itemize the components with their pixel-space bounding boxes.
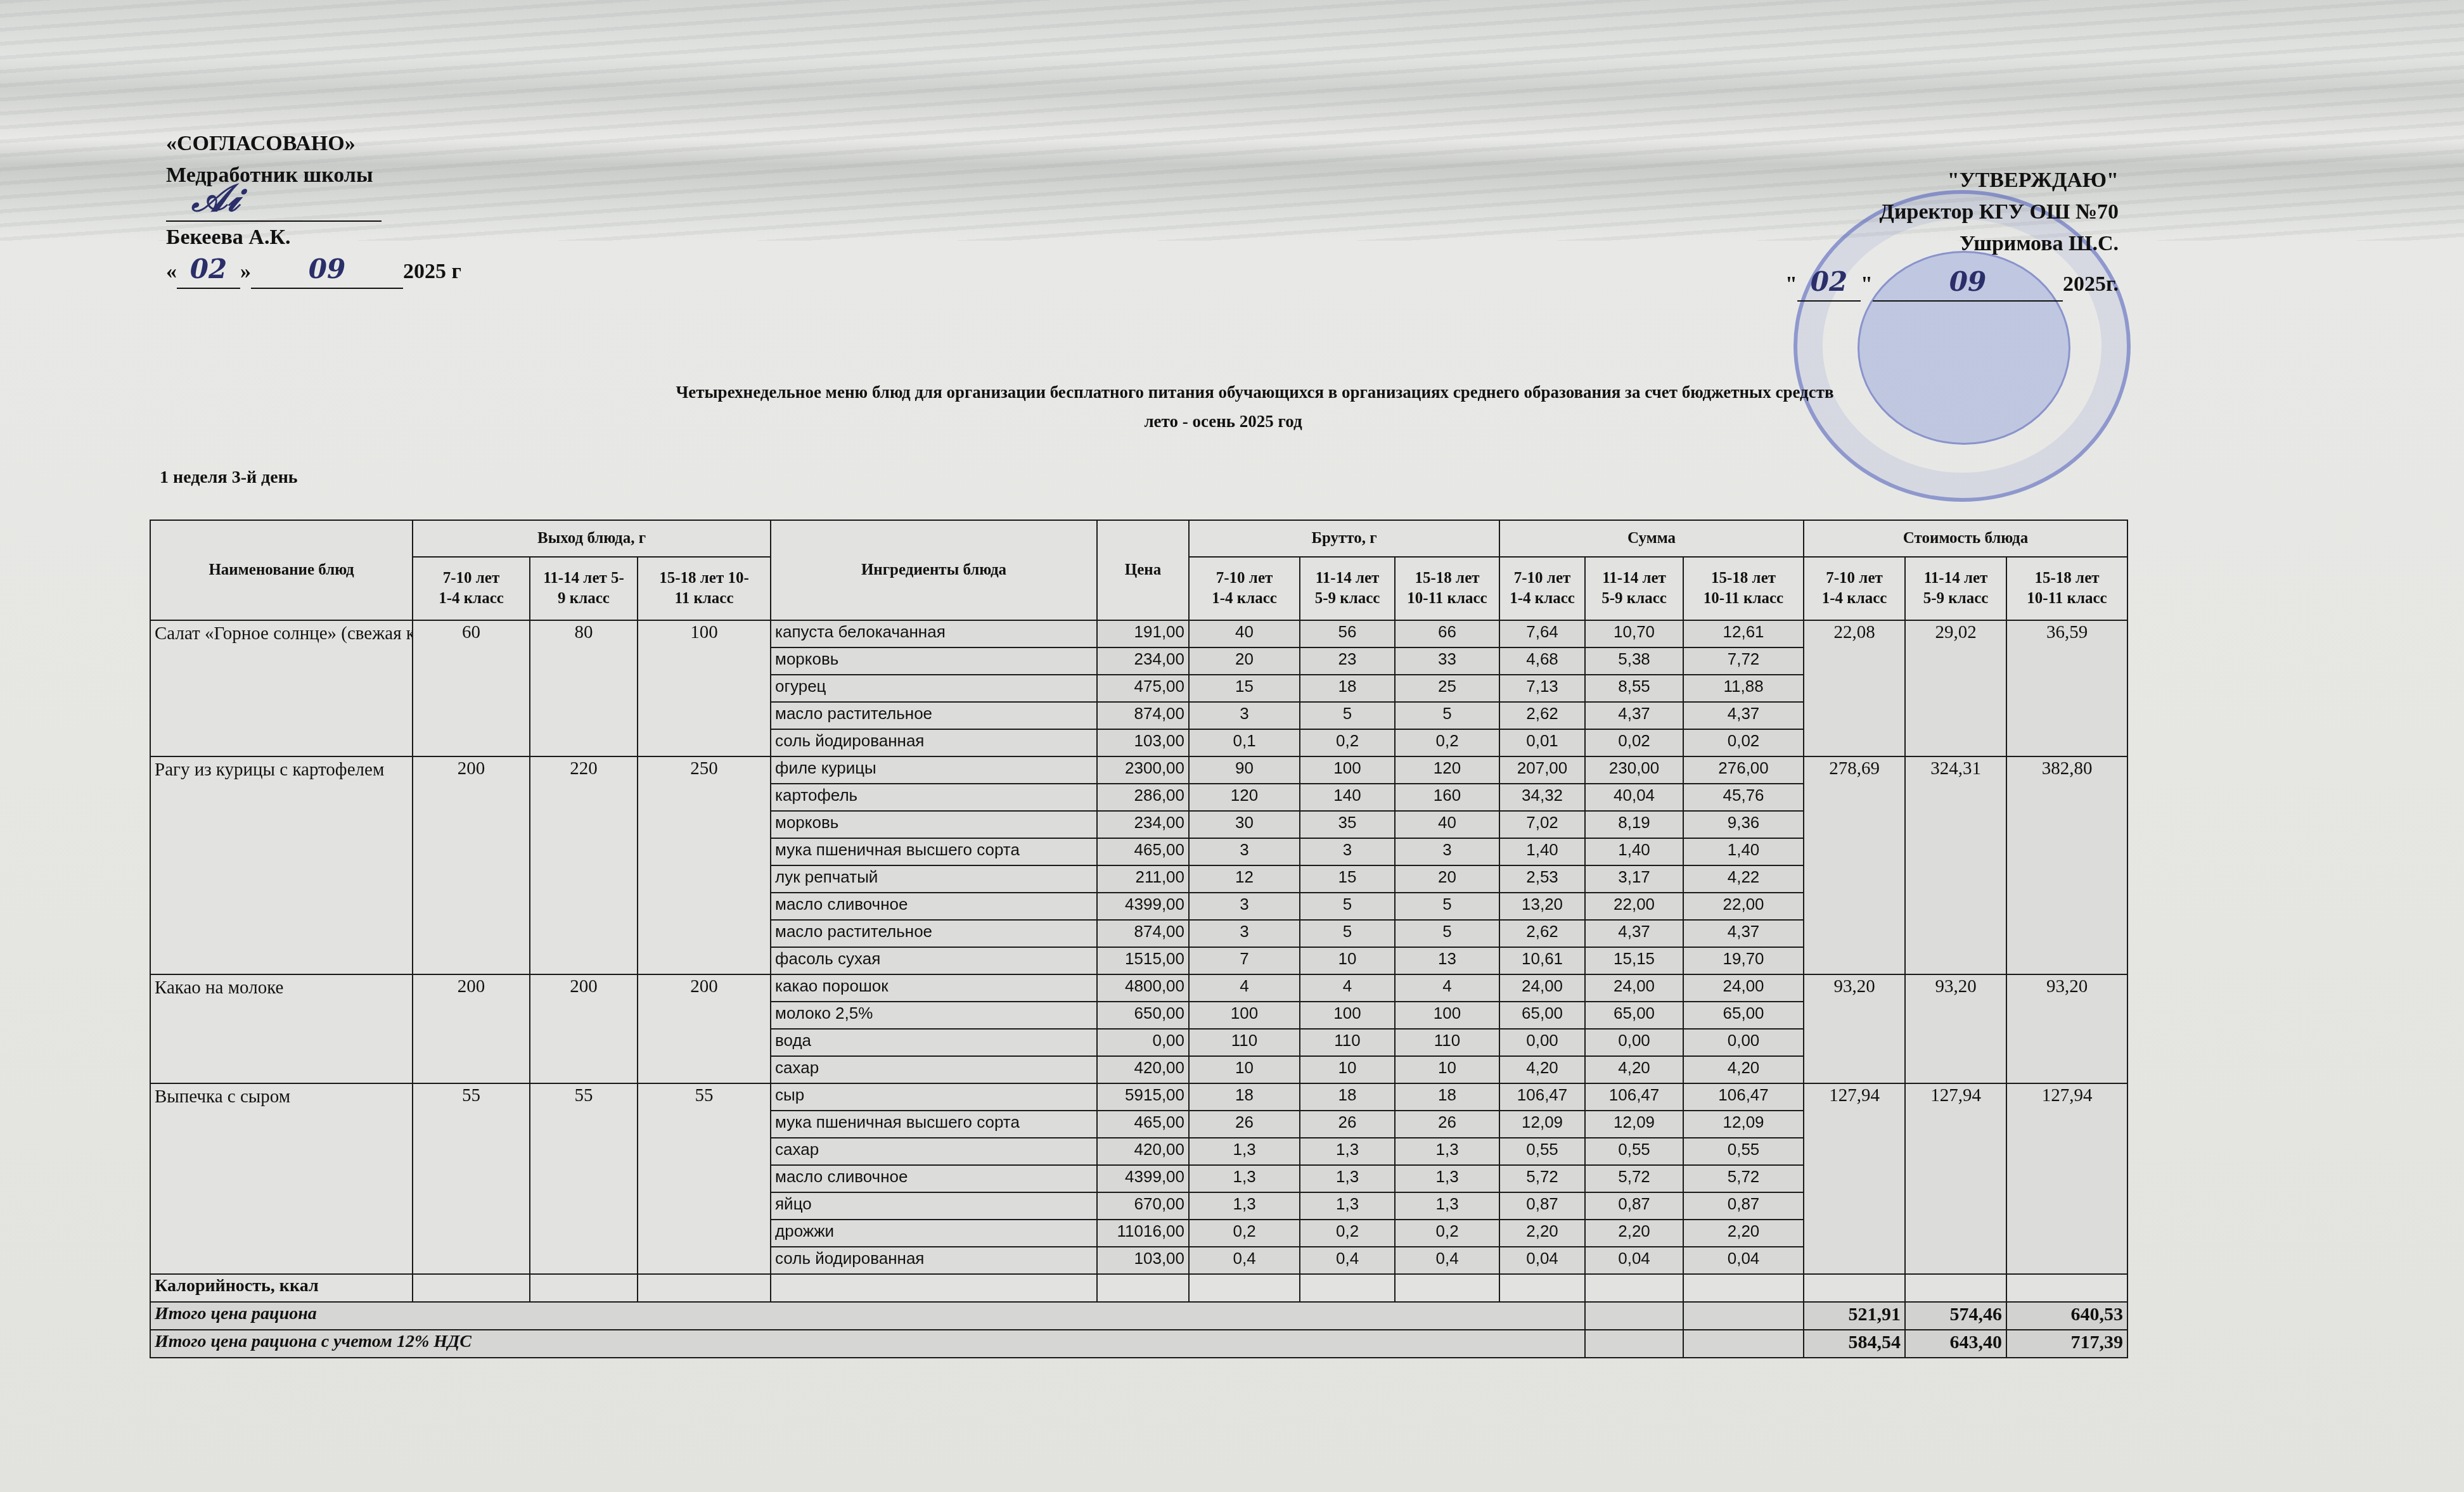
ingredient-price: 0,00 bbox=[1097, 1029, 1189, 1056]
ingredient-brutto: 90 bbox=[1189, 756, 1300, 784]
ingredient-sum: 4,22 bbox=[1683, 865, 1804, 893]
ingredient-sum: 22,00 bbox=[1585, 893, 1683, 920]
ingredient-sum: 8,55 bbox=[1585, 675, 1683, 702]
ingredient-brutto: 20 bbox=[1395, 865, 1499, 893]
ingredient-brutto: 4 bbox=[1395, 974, 1499, 1002]
ingredient-sum: 2,62 bbox=[1499, 920, 1585, 947]
ingredient-sum: 2,53 bbox=[1499, 865, 1585, 893]
ingredient-sum: 7,64 bbox=[1499, 620, 1585, 647]
ingredient-price: 191,00 bbox=[1097, 620, 1189, 647]
ingredient-name: лук репчатый bbox=[771, 865, 1097, 893]
total-vat-row-value: 584,54 bbox=[1804, 1330, 1905, 1358]
ingredient-sum: 1,40 bbox=[1683, 838, 1804, 865]
ingredient-name: морковь bbox=[771, 647, 1097, 675]
approval-right-block: "УТВЕРЖДАЮ" Директор КГУ ОШ №70 Ушримова… bbox=[1785, 165, 2119, 302]
ingredient-sum: 65,00 bbox=[1499, 1002, 1585, 1029]
ingredient-brutto: 1,3 bbox=[1300, 1165, 1395, 1192]
ingredient-sum: 230,00 bbox=[1585, 756, 1683, 784]
ingredient-name: филе курицы bbox=[771, 756, 1097, 784]
ingredient-name: сахар bbox=[771, 1138, 1097, 1165]
approval-right-date: "02"092025г. bbox=[1785, 266, 2119, 302]
ingredient-sum: 4,68 bbox=[1499, 647, 1585, 675]
ingredient-brutto: 18 bbox=[1189, 1083, 1300, 1111]
ingredient-price: 103,00 bbox=[1097, 729, 1189, 756]
ingredient-sum: 15,15 bbox=[1585, 947, 1683, 974]
document-title: Четырехнедельное меню блюд для организац… bbox=[241, 383, 2269, 402]
total-row-blank bbox=[1585, 1302, 1683, 1330]
approval-left-date: «02»092025 г bbox=[166, 253, 461, 289]
ingredient-brutto: 15 bbox=[1300, 865, 1395, 893]
ingredient-sum: 3,17 bbox=[1585, 865, 1683, 893]
ingredient-sum: 0,55 bbox=[1585, 1138, 1683, 1165]
dish-yield: 200 bbox=[413, 756, 530, 974]
ingredient-sum: 7,02 bbox=[1499, 811, 1585, 838]
ingredient-brutto: 3 bbox=[1189, 920, 1300, 947]
dish-yield: 55 bbox=[413, 1083, 530, 1274]
ingredient-sum: 24,00 bbox=[1683, 974, 1804, 1002]
ingredient-sum: 12,61 bbox=[1683, 620, 1804, 647]
total-vat-row-value: 717,39 bbox=[2006, 1330, 2127, 1358]
calories-cell bbox=[1585, 1274, 1683, 1302]
dish-name: Какао на молоке bbox=[150, 974, 413, 1083]
ingredient-price: 234,00 bbox=[1097, 811, 1189, 838]
ingredient-sum: 13,20 bbox=[1499, 893, 1585, 920]
ingredient-brutto: 5 bbox=[1300, 920, 1395, 947]
calories-cell bbox=[1097, 1274, 1189, 1302]
ingredient-name: мука пшеничная высшего сорта bbox=[771, 1111, 1097, 1138]
ingredient-sum: 0,04 bbox=[1499, 1247, 1585, 1274]
total-vat-row-blank bbox=[1683, 1330, 1804, 1358]
ingredient-sum: 40,04 bbox=[1585, 784, 1683, 811]
calories-row: Калорийность, ккал bbox=[150, 1274, 2127, 1302]
ingredient-sum: 5,72 bbox=[1683, 1165, 1804, 1192]
calories-cell bbox=[530, 1274, 638, 1302]
ingredient-brutto: 15 bbox=[1189, 675, 1300, 702]
ingredient-price: 103,00 bbox=[1097, 1247, 1189, 1274]
ingredient-row: Выпечка с сыром555555сыр5915,00181818106… bbox=[150, 1083, 2127, 1111]
header-price: Цена bbox=[1097, 520, 1189, 620]
calories-cell bbox=[1804, 1274, 1905, 1302]
ingredient-sum: 0,00 bbox=[1683, 1029, 1804, 1056]
header-yield-col: 7-10 лет1-4 класс bbox=[413, 557, 530, 620]
total-vat-row-blank bbox=[1585, 1330, 1683, 1358]
header-brutto-age-col: 7-10 лет1-4 класс bbox=[1189, 557, 1300, 620]
ingredient-brutto: 1,3 bbox=[1189, 1165, 1300, 1192]
ingredient-name: картофель bbox=[771, 784, 1097, 811]
dish-yield: 80 bbox=[530, 620, 638, 756]
ingredient-brutto: 20 bbox=[1189, 647, 1300, 675]
ingredient-brutto: 100 bbox=[1300, 756, 1395, 784]
ingredient-brutto: 3 bbox=[1300, 838, 1395, 865]
ingredient-brutto: 1,3 bbox=[1395, 1138, 1499, 1165]
ingredient-sum: 0,00 bbox=[1499, 1029, 1585, 1056]
ingredient-brutto: 0,4 bbox=[1395, 1247, 1499, 1274]
total-row-value: 574,46 bbox=[1905, 1302, 2006, 1330]
dish-yield: 220 bbox=[530, 756, 638, 974]
ingredient-sum: 4,20 bbox=[1683, 1056, 1804, 1083]
ingredient-brutto: 110 bbox=[1395, 1029, 1499, 1056]
ingredient-sum: 106,47 bbox=[1683, 1083, 1804, 1111]
dish-yield: 200 bbox=[530, 974, 638, 1083]
dish-cost: 324,31 bbox=[1905, 756, 2006, 974]
ingredient-sum: 9,36 bbox=[1683, 811, 1804, 838]
ingredient-sum: 2,62 bbox=[1499, 702, 1585, 729]
header-yield-col: 15-18 лет 10-11 класс bbox=[638, 557, 771, 620]
ingredient-price: 465,00 bbox=[1097, 838, 1189, 865]
ingredient-sum: 106,47 bbox=[1499, 1083, 1585, 1111]
ingredient-brutto: 110 bbox=[1300, 1029, 1395, 1056]
ingredient-sum: 0,01 bbox=[1499, 729, 1585, 756]
dish-cost: 382,80 bbox=[2006, 756, 2127, 974]
ingredient-brutto: 18 bbox=[1300, 1083, 1395, 1111]
ingredient-brutto: 18 bbox=[1395, 1083, 1499, 1111]
total-row-value: 640,53 bbox=[2006, 1302, 2127, 1330]
ingredient-brutto: 26 bbox=[1300, 1111, 1395, 1138]
ingredient-sum: 2,20 bbox=[1585, 1220, 1683, 1247]
ingredient-brutto: 3 bbox=[1395, 838, 1499, 865]
ingredient-brutto: 0,2 bbox=[1395, 729, 1499, 756]
ingredient-row: Рагу из курицы с картофелем200220250филе… bbox=[150, 756, 2127, 784]
ingredient-brutto: 1,3 bbox=[1395, 1192, 1499, 1220]
ingredient-sum: 0,00 bbox=[1585, 1029, 1683, 1056]
calories-label: Калорийность, ккал bbox=[150, 1274, 413, 1302]
ingredient-price: 874,00 bbox=[1097, 920, 1189, 947]
ingredient-sum: 0,04 bbox=[1585, 1247, 1683, 1274]
ingredient-brutto: 10 bbox=[1189, 1056, 1300, 1083]
week-day-label: 1 неделя 3-й день bbox=[160, 468, 298, 488]
ingredient-brutto: 5 bbox=[1395, 702, 1499, 729]
ingredient-sum: 5,38 bbox=[1585, 647, 1683, 675]
ingredient-name: масло сливочное bbox=[771, 1165, 1097, 1192]
calories-cell bbox=[771, 1274, 1097, 1302]
calories-cell bbox=[638, 1274, 771, 1302]
total-row-label: Итого цена рациона bbox=[150, 1302, 1585, 1330]
ingredient-name: яйцо bbox=[771, 1192, 1097, 1220]
dish-yield: 55 bbox=[638, 1083, 771, 1274]
ingredient-brutto: 100 bbox=[1189, 1002, 1300, 1029]
ingredient-brutto: 40 bbox=[1395, 811, 1499, 838]
header-brutto-age-col: 15-18 лет10-11 класс bbox=[1395, 557, 1499, 620]
ingredient-price: 420,00 bbox=[1097, 1056, 1189, 1083]
approval-right-name: Ушримова Ш.С. bbox=[1785, 228, 2119, 260]
ingredient-sum: 0,87 bbox=[1499, 1192, 1585, 1220]
ingredient-sum: 4,37 bbox=[1683, 702, 1804, 729]
ingredient-brutto: 35 bbox=[1300, 811, 1395, 838]
dish-yield: 200 bbox=[413, 974, 530, 1083]
ingredient-price: 11016,00 bbox=[1097, 1220, 1189, 1247]
ingredient-sum: 4,37 bbox=[1585, 920, 1683, 947]
ingredient-sum: 4,20 bbox=[1585, 1056, 1683, 1083]
approval-left-block: «СОГЛАСОВАНО» Медработник школы 𝒜𝒾 Бекее… bbox=[166, 128, 461, 289]
ingredient-price: 670,00 bbox=[1097, 1192, 1189, 1220]
ingredient-sum: 12,09 bbox=[1585, 1111, 1683, 1138]
ingredient-sum: 12,09 bbox=[1683, 1111, 1804, 1138]
ingredient-name: дрожжи bbox=[771, 1220, 1097, 1247]
dish-cost: 278,69 bbox=[1804, 756, 1905, 974]
ingredient-price: 1515,00 bbox=[1097, 947, 1189, 974]
ingredient-sum: 4,37 bbox=[1683, 920, 1804, 947]
ingredient-brutto: 13 bbox=[1395, 947, 1499, 974]
header-brutto-age-col: 11-14 лет5-9 класс bbox=[1300, 557, 1395, 620]
dish-cost: 36,59 bbox=[2006, 620, 2127, 756]
header-summa-age-col: 15-18 лет10-11 класс bbox=[1683, 557, 1804, 620]
ingredient-name: молоко 2,5% bbox=[771, 1002, 1097, 1029]
ingredient-brutto: 12 bbox=[1189, 865, 1300, 893]
approval-right-role: Директор КГУ ОШ №70 bbox=[1785, 196, 2119, 228]
calories-cell bbox=[1499, 1274, 1585, 1302]
ingredient-brutto: 30 bbox=[1189, 811, 1300, 838]
ingredient-brutto: 66 bbox=[1395, 620, 1499, 647]
total-row-blank bbox=[1683, 1302, 1804, 1330]
ingredient-brutto: 56 bbox=[1300, 620, 1395, 647]
ingredient-brutto: 0,2 bbox=[1300, 1220, 1395, 1247]
header-cost-age-col: 7-10 лет1-4 класс bbox=[1804, 557, 1905, 620]
header-yield-col: 11-14 лет 5-9 класс bbox=[530, 557, 638, 620]
dish-cost: 127,94 bbox=[1804, 1083, 1905, 1274]
menu-table: Наименование блюдВыход блюда, гИнгредиен… bbox=[150, 520, 2128, 1358]
approval-left-signature-line: 𝒜𝒾 bbox=[166, 191, 382, 222]
ingredient-name: сахар bbox=[771, 1056, 1097, 1083]
ingredient-sum: 34,32 bbox=[1499, 784, 1585, 811]
ingredient-sum: 10,61 bbox=[1499, 947, 1585, 974]
ingredient-price: 2300,00 bbox=[1097, 756, 1189, 784]
calories-cell bbox=[1683, 1274, 1804, 1302]
ingredient-brutto: 0,4 bbox=[1300, 1247, 1395, 1274]
ingredient-sum: 5,72 bbox=[1499, 1165, 1585, 1192]
header-cost-age-col: 15-18 лет10-11 класс bbox=[2006, 557, 2127, 620]
total-vat-row-label: Итого цена рациона с учетом 12% НДС bbox=[150, 1330, 1585, 1358]
ingredient-name: вода bbox=[771, 1029, 1097, 1056]
ingredient-sum: 5,72 bbox=[1585, 1165, 1683, 1192]
approval-left-name: Бекеева А.К. bbox=[166, 222, 461, 253]
header-row-1: Наименование блюдВыход блюда, гИнгредиен… bbox=[150, 520, 2127, 557]
dish-yield: 55 bbox=[530, 1083, 638, 1274]
ingredient-sum: 0,55 bbox=[1499, 1138, 1585, 1165]
approval-left-heading: «СОГЛАСОВАНО» bbox=[166, 128, 461, 160]
dish-yield: 60 bbox=[413, 620, 530, 756]
total-row-value: 521,91 bbox=[1804, 1302, 1905, 1330]
ingredient-sum: 65,00 bbox=[1683, 1002, 1804, 1029]
header-yield-group: Выход блюда, г bbox=[413, 520, 771, 557]
ingredient-brutto: 160 bbox=[1395, 784, 1499, 811]
ingredient-sum: 0,55 bbox=[1683, 1138, 1804, 1165]
dish-cost: 22,08 bbox=[1804, 620, 1905, 756]
ingredient-sum: 0,02 bbox=[1585, 729, 1683, 756]
calories-cell bbox=[1300, 1274, 1395, 1302]
ingredient-price: 4399,00 bbox=[1097, 1165, 1189, 1192]
calories-cell bbox=[1189, 1274, 1300, 1302]
ingredient-sum: 2,20 bbox=[1499, 1220, 1585, 1247]
ingredient-sum: 106,47 bbox=[1585, 1083, 1683, 1111]
ingredient-sum: 0,87 bbox=[1585, 1192, 1683, 1220]
ingredient-sum: 7,13 bbox=[1499, 675, 1585, 702]
dish-name: Выпечка с сыром bbox=[150, 1083, 413, 1274]
ingredient-brutto: 10 bbox=[1300, 947, 1395, 974]
ingredient-price: 211,00 bbox=[1097, 865, 1189, 893]
ingredient-brutto: 5 bbox=[1395, 920, 1499, 947]
ingredient-sum: 0,04 bbox=[1683, 1247, 1804, 1274]
ingredient-price: 4800,00 bbox=[1097, 974, 1189, 1002]
ingredient-brutto: 1,3 bbox=[1300, 1192, 1395, 1220]
ingredient-brutto: 0,1 bbox=[1189, 729, 1300, 756]
ingredient-sum: 4,37 bbox=[1585, 702, 1683, 729]
ingredient-brutto: 3 bbox=[1189, 893, 1300, 920]
ingredient-brutto: 120 bbox=[1395, 756, 1499, 784]
ingredient-brutto: 0,2 bbox=[1395, 1220, 1499, 1247]
ingredient-sum: 11,88 bbox=[1683, 675, 1804, 702]
calories-cell bbox=[1905, 1274, 2006, 1302]
ingredient-row: Салат «Горное солнце» (свежая капуста, м… bbox=[150, 620, 2127, 647]
dish-cost: 127,94 bbox=[1905, 1083, 2006, 1274]
ingredient-name: мука пшеничная высшего сорта bbox=[771, 838, 1097, 865]
approval-right-heading: "УТВЕРЖДАЮ" bbox=[1785, 165, 2119, 196]
ingredient-sum: 22,00 bbox=[1683, 893, 1804, 920]
ingredient-brutto: 0,2 bbox=[1300, 729, 1395, 756]
ingredient-sum: 1,40 bbox=[1585, 838, 1683, 865]
ingredient-sum: 19,70 bbox=[1683, 947, 1804, 974]
ingredient-sum: 0,87 bbox=[1683, 1192, 1804, 1220]
ingredient-price: 4399,00 bbox=[1097, 893, 1189, 920]
ingredient-brutto: 3 bbox=[1189, 702, 1300, 729]
ingredient-row: Какао на молоке200200200какао порошок480… bbox=[150, 974, 2127, 1002]
ingredient-brutto: 100 bbox=[1395, 1002, 1499, 1029]
ingredient-brutto: 120 bbox=[1189, 784, 1300, 811]
ingredient-brutto: 18 bbox=[1300, 675, 1395, 702]
ingredient-brutto: 1,3 bbox=[1300, 1138, 1395, 1165]
ingredient-price: 234,00 bbox=[1097, 647, 1189, 675]
ingredient-brutto: 26 bbox=[1395, 1111, 1499, 1138]
ingredient-brutto: 5 bbox=[1300, 702, 1395, 729]
ingredient-price: 286,00 bbox=[1097, 784, 1189, 811]
ingredient-brutto: 0,2 bbox=[1189, 1220, 1300, 1247]
document-subtitle: лето - осень 2025 год bbox=[209, 412, 2237, 431]
ingredient-sum: 4,20 bbox=[1499, 1056, 1585, 1083]
ingredient-sum: 24,00 bbox=[1499, 974, 1585, 1002]
ingredient-sum: 2,20 bbox=[1683, 1220, 1804, 1247]
ingredient-brutto: 10 bbox=[1395, 1056, 1499, 1083]
total-vat-row: Итого цена рациона с учетом 12% НДС584,5… bbox=[150, 1330, 2127, 1358]
ingredient-sum: 0,02 bbox=[1683, 729, 1804, 756]
signature-mark: 𝒜𝒾 bbox=[191, 182, 240, 214]
dish-cost: 93,20 bbox=[1905, 974, 2006, 1083]
dish-name: Салат «Горное солнце» (свежая капуста, м… bbox=[150, 620, 413, 756]
header-summa-age-col: 7-10 лет1-4 класс bbox=[1499, 557, 1585, 620]
ingredient-sum: 24,00 bbox=[1585, 974, 1683, 1002]
header-cost-group: Стоимость блюда bbox=[1804, 520, 2127, 557]
calories-cell bbox=[2006, 1274, 2127, 1302]
ingredient-sum: 207,00 bbox=[1499, 756, 1585, 784]
dish-yield: 100 bbox=[638, 620, 771, 756]
ingredient-price: 650,00 bbox=[1097, 1002, 1189, 1029]
ingredient-brutto: 4 bbox=[1189, 974, 1300, 1002]
header-ingredients: Ингредиенты блюда bbox=[771, 520, 1097, 620]
ingredient-brutto: 1,3 bbox=[1395, 1165, 1499, 1192]
ingredient-brutto: 1,3 bbox=[1189, 1138, 1300, 1165]
ingredient-brutto: 23 bbox=[1300, 647, 1395, 675]
calories-cell bbox=[413, 1274, 530, 1302]
ingredient-brutto: 1,3 bbox=[1189, 1192, 1300, 1220]
dish-cost: 93,20 bbox=[2006, 974, 2127, 1083]
ingredient-price: 465,00 bbox=[1097, 1111, 1189, 1138]
ingredient-price: 420,00 bbox=[1097, 1138, 1189, 1165]
ingredient-brutto: 140 bbox=[1300, 784, 1395, 811]
ingredient-name: огурец bbox=[771, 675, 1097, 702]
ingredient-brutto: 5 bbox=[1395, 893, 1499, 920]
ingredient-sum: 12,09 bbox=[1499, 1111, 1585, 1138]
dish-cost: 127,94 bbox=[2006, 1083, 2127, 1274]
ingredient-name: какао порошок bbox=[771, 974, 1097, 1002]
ingredient-brutto: 110 bbox=[1189, 1029, 1300, 1056]
calories-cell bbox=[1395, 1274, 1499, 1302]
ingredient-price: 475,00 bbox=[1097, 675, 1189, 702]
ingredient-brutto: 100 bbox=[1300, 1002, 1395, 1029]
total-vat-row-value: 643,40 bbox=[1905, 1330, 2006, 1358]
ingredient-brutto: 10 bbox=[1300, 1056, 1395, 1083]
ingredient-name: масло растительное bbox=[771, 920, 1097, 947]
ingredient-price: 5915,00 bbox=[1097, 1083, 1189, 1111]
ingredient-name: соль йодированная bbox=[771, 1247, 1097, 1274]
ingredient-name: соль йодированная bbox=[771, 729, 1097, 756]
ingredient-sum: 1,40 bbox=[1499, 838, 1585, 865]
ingredient-name: сыр bbox=[771, 1083, 1097, 1111]
dish-yield: 250 bbox=[638, 756, 771, 974]
ingredient-sum: 10,70 bbox=[1585, 620, 1683, 647]
dish-name: Рагу из курицы с картофелем bbox=[150, 756, 413, 974]
ingredient-name: фасоль сухая bbox=[771, 947, 1097, 974]
ingredient-sum: 7,72 bbox=[1683, 647, 1804, 675]
ingredient-brutto: 3 bbox=[1189, 838, 1300, 865]
total-row: Итого цена рациона521,91574,46640,53 bbox=[150, 1302, 2127, 1330]
header-cost-age-col: 11-14 лет5-9 класс bbox=[1905, 557, 2006, 620]
header-brutto-group: Брутто, г bbox=[1189, 520, 1499, 557]
dish-cost: 29,02 bbox=[1905, 620, 2006, 756]
ingredient-brutto: 4 bbox=[1300, 974, 1395, 1002]
ingredient-brutto: 7 bbox=[1189, 947, 1300, 974]
dish-yield: 200 bbox=[638, 974, 771, 1083]
header-dish-name: Наименование блюд bbox=[150, 520, 413, 620]
ingredient-sum: 276,00 bbox=[1683, 756, 1804, 784]
ingredient-brutto: 5 bbox=[1300, 893, 1395, 920]
ingredient-name: морковь bbox=[771, 811, 1097, 838]
ingredient-brutto: 26 bbox=[1189, 1111, 1300, 1138]
ingredient-name: масло растительное bbox=[771, 702, 1097, 729]
ingredient-sum: 65,00 bbox=[1585, 1002, 1683, 1029]
ingredient-brutto: 40 bbox=[1189, 620, 1300, 647]
ingredient-price: 874,00 bbox=[1097, 702, 1189, 729]
ingredient-brutto: 25 bbox=[1395, 675, 1499, 702]
dish-cost: 93,20 bbox=[1804, 974, 1905, 1083]
ingredient-brutto: 33 bbox=[1395, 647, 1499, 675]
ingredient-sum: 45,76 bbox=[1683, 784, 1804, 811]
header-summa-age-col: 11-14 лет5-9 класс bbox=[1585, 557, 1683, 620]
ingredient-name: капуста белокачанная bbox=[771, 620, 1097, 647]
ingredient-name: масло сливочное bbox=[771, 893, 1097, 920]
ingredient-brutto: 0,4 bbox=[1189, 1247, 1300, 1274]
header-summa-group: Сумма bbox=[1499, 520, 1804, 557]
ingredient-sum: 8,19 bbox=[1585, 811, 1683, 838]
